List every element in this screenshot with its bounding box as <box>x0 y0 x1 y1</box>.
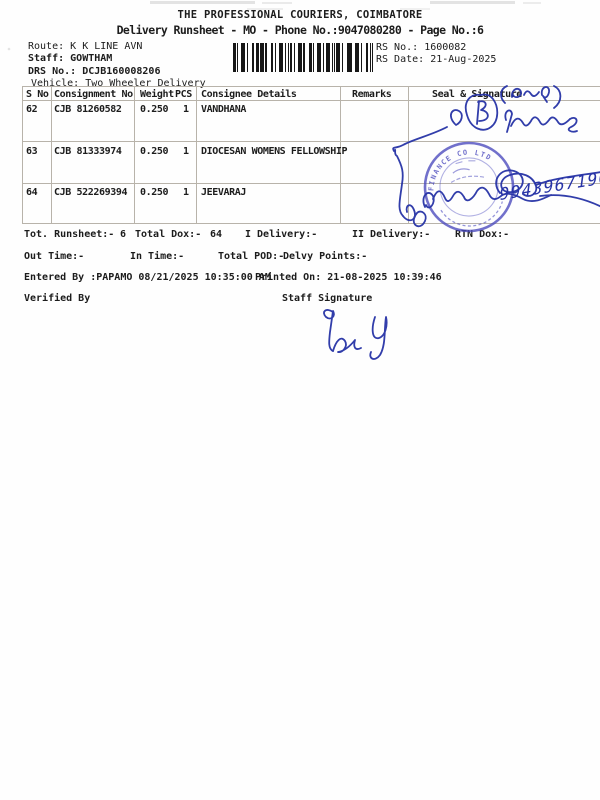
staff-signature-label: Staff Signature <box>282 293 372 304</box>
in-time-label: In Time:- <box>130 251 184 262</box>
entered-by-line: Entered By :PAPAMO 08/21/2025 10:35:00 A… <box>24 272 271 283</box>
route-line: Route: K K LINE AVN <box>28 41 142 52</box>
table-border <box>22 183 600 184</box>
verified-by-label: Verified By <box>24 293 90 304</box>
col-header-remarks: Remarks <box>352 89 391 100</box>
stamp-arc-text: FINANCE CO LTD <box>422 145 497 192</box>
rtn-dox-label: RTN Dox:- <box>455 229 509 240</box>
barcode-icon <box>233 43 373 72</box>
cell-consignee: VANDHANA <box>201 104 246 115</box>
cell-consignment-no: CJB 522269394 <box>54 187 127 198</box>
col-header-consignee: Consignee Details <box>201 89 297 100</box>
rs-date-label: RS Date: <box>376 54 424 65</box>
cell-s-no: 63 <box>26 146 37 157</box>
tot-runsheet-value: 6 <box>120 229 126 240</box>
cell-weight: 0.250 <box>140 104 168 115</box>
col-header-s-no: S No <box>26 89 48 100</box>
col-header-pcs: PCS <box>175 89 192 100</box>
rs-no-value: 1600082 <box>424 42 466 53</box>
table-border <box>51 86 52 223</box>
ii-delivery-label: II Delivery:- <box>352 229 430 240</box>
table-border <box>134 86 135 223</box>
page-title: THE PROFESSIONAL COURIERS, COIMBATORE <box>0 10 600 22</box>
svg-text:FINANCE CO LTD: FINANCE CO LTD <box>422 145 497 192</box>
table-border <box>22 86 23 223</box>
printed-on-line: Printed On: 21-08-2025 10:39:46 <box>255 272 442 283</box>
cell-pcs: 1 <box>183 146 189 157</box>
i-delivery-label: I Delivery:- <box>245 229 317 240</box>
page-subtitle: Delivery Runsheet - MO - Phone No.:90470… <box>0 24 600 37</box>
staff-line: Staff: GOWTHAM <box>28 53 112 64</box>
col-header-seal-signature: Seal & Signature <box>432 89 522 100</box>
handwriting-overlay: FINANCE CO LTD <box>0 0 600 800</box>
delivery-runsheet-document: THE PROFESSIONAL COURIERS, COIMBATORE De… <box>0 0 600 800</box>
table-border <box>196 86 197 223</box>
rs-no-label: RS No.: <box>376 42 418 53</box>
rs-date-line: RS Date: 21-Aug-2025 <box>376 54 496 65</box>
cell-pcs: 1 <box>183 187 189 198</box>
table-border <box>22 141 600 142</box>
drs-value: DCJB160008206 <box>82 66 160 77</box>
total-dox-label: Total Dox:- <box>135 229 201 240</box>
table-border <box>22 100 600 101</box>
rs-date-value: 21-Aug-2025 <box>430 54 496 65</box>
vehicle-line: Vehicle: Two Wheeler Delivery <box>31 78 206 89</box>
cell-s-no: 62 <box>26 104 37 115</box>
total-dox-value: 64 <box>210 229 222 240</box>
route-value: K K LINE AVN <box>70 41 142 52</box>
cell-pcs: 1 <box>183 104 189 115</box>
cell-consignment-no: CJB 81333974 <box>54 146 121 157</box>
table-border <box>22 223 600 224</box>
cell-weight: 0.250 <box>140 146 168 157</box>
total-pod-label: Total POD:- <box>218 251 284 262</box>
company-seal-stamp: FINANCE CO LTD <box>419 137 518 236</box>
table-border <box>408 86 409 223</box>
vehicle-value: Two Wheeler Delivery <box>85 78 205 89</box>
route-label: Route: <box>28 41 64 52</box>
vehicle-label: Vehicle: <box>31 78 79 89</box>
delvy-points-label: Delvy Points:- <box>283 251 367 262</box>
drs-line: DRS No.: DCJB160008206 <box>28 66 160 77</box>
handwritten-phone-number: 9943967190 <box>499 168 600 204</box>
cell-consignment-no: CJB 81260582 <box>54 104 121 115</box>
cell-s-no: 64 <box>26 187 37 198</box>
staff-value: GOWTHAM <box>70 53 112 64</box>
out-time-label: Out Time:- <box>24 251 84 262</box>
cell-consignee: JEEVARAJ <box>201 187 246 198</box>
staff-label: Staff: <box>28 53 64 64</box>
drs-label: DRS No.: <box>28 66 76 77</box>
col-header-consignment-no: Consignment No <box>54 89 133 100</box>
tot-runsheet-label: Tot. Runsheet:- <box>24 229 114 240</box>
cell-consignee: DIOCESAN WOMENS FELLOWSHIP <box>201 146 347 157</box>
col-header-weight: Weight <box>140 89 174 100</box>
rs-no-line: RS No.: 1600082 <box>376 42 466 53</box>
cell-weight: 0.250 <box>140 187 168 198</box>
table-border <box>22 86 600 87</box>
